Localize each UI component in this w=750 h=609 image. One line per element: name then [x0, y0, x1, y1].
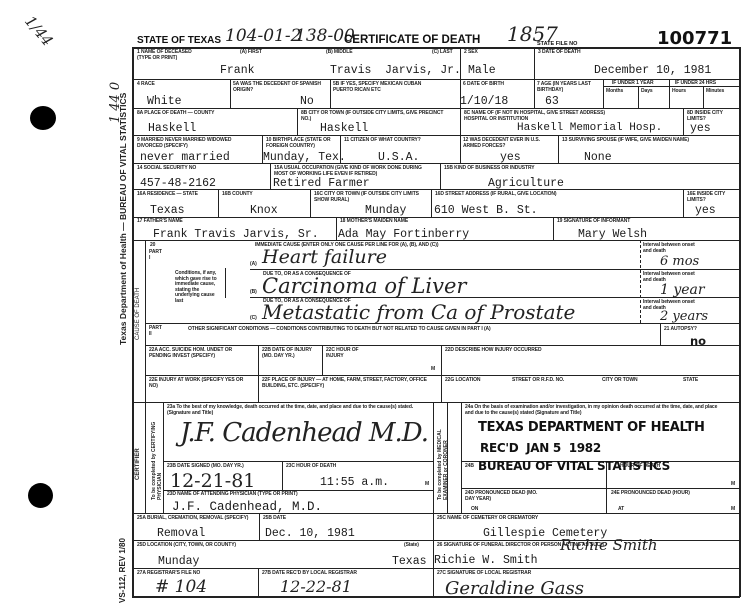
father-name-value: Frank Travis Jarvis, Sr.: [153, 228, 319, 241]
hour-of-death-value: 11:55 a.m.: [320, 476, 389, 489]
received-stamp-line-1: TEXAS DEPARTMENT OF HEALTH: [478, 420, 705, 435]
row-line: [132, 402, 740, 403]
label-9-marital: 9 MARRIED NEVER MARRIED WIDOWED DIVORCED…: [137, 138, 257, 149]
col-line: [270, 163, 271, 189]
cause-b-value: Carcinoma of Liver: [262, 274, 466, 298]
col-line: [638, 86, 639, 108]
label-22g-city: CITY OR TOWN: [602, 378, 638, 384]
label-23b-date-signed: 23b DATE SIGNED (Mo. Day Yr.): [167, 464, 244, 470]
pronounced-on: ON: [471, 507, 478, 513]
race-value: White: [147, 95, 182, 108]
label-5a-spanish-origin: 5a WAS THE DECEDENT OF SPANISH ORIGIN?: [233, 82, 325, 93]
funeral-director-value: Richie W. Smith: [434, 554, 538, 567]
informant-value: Mary Welsh: [578, 228, 647, 241]
label-7-age: 7 AGE (In years last birthday): [537, 82, 592, 93]
label-14-ssn: 14 SOCIAL SECURITY NO: [137, 166, 196, 172]
col-line: [660, 323, 661, 345]
spanish-origin-value: No: [300, 95, 314, 108]
label-3-date-of-death: 3 DATE OF DEATH: [538, 50, 580, 56]
margin-note-top-left: 1/44: [21, 12, 56, 49]
col-line: [460, 135, 461, 163]
label-22e-at-work: 22e INJURY AT WORK (Specify yes or no): [149, 378, 249, 389]
label-24d-pronounced-date: 24d PRONOUNCED DEAD (Mo. Day Year): [465, 491, 545, 502]
label-8b-city: 8b CITY OR TOWN (If outside city limits,…: [301, 111, 451, 122]
date-of-death-value: December 10, 1981: [594, 64, 711, 77]
row-line: [461, 488, 739, 489]
side-label-form-number: VS-112, REV 1/80: [118, 538, 127, 603]
hour-of-death-me-m: M: [731, 482, 735, 488]
pronounced-at: AT: [618, 507, 624, 513]
pronounced-m: M: [731, 507, 735, 513]
hospital-value: Haskell Memorial Hosp.: [517, 122, 662, 134]
deceased-middle-name: Travis: [330, 64, 371, 77]
cemetery-state-value: Texas: [392, 555, 427, 568]
death-county-value: Haskell: [148, 122, 196, 135]
birthplace-value: Munday, Tex.: [263, 151, 346, 164]
received-stamp-line-2: REC'D JAN 5 1982: [480, 441, 601, 455]
label-27a-registrar-file: 27a REGISTRAR'S FILE NO: [137, 571, 200, 577]
armed-forces-value: yes: [500, 151, 521, 164]
label-22d-describe: 22d DESCRIBE HOW INJURY OCCURRED: [445, 348, 542, 354]
label-hours: Hours: [672, 89, 686, 95]
label-25d-location: 25d LOCATION (City, town, or county): [137, 543, 236, 549]
label-6-date-of-birth: 6 DATE OF BIRTH: [463, 82, 504, 88]
col-line: [230, 79, 231, 108]
punch-hole-bottom: [28, 483, 53, 508]
interval-b-value: 1 year: [660, 282, 705, 298]
col-line: [431, 189, 432, 217]
side-label-certifying-physician: To be completed by CERTIFYING PHYSICIAN: [151, 410, 163, 500]
date-signed-value: 12-21-81: [170, 470, 255, 492]
col-line: [461, 402, 462, 513]
label-22g-location: 22g LOCATION: [445, 378, 480, 384]
date-of-birth-value: 1/10/18: [460, 95, 508, 108]
certificate-number: 100771: [657, 28, 732, 49]
label-25d-state: (State): [404, 543, 419, 549]
disposition-date-value: Dec. 10, 1981: [265, 527, 355, 540]
conditions-bracket: [225, 268, 226, 298]
col-line: [558, 135, 559, 163]
label-15b-industry: 15b KIND OF BUSINESS OR INDUSTRY: [444, 166, 535, 172]
row-line: [145, 375, 739, 376]
punch-hole-top: [30, 106, 56, 130]
label-27b-date-received: 27b DATE REC'D BY LOCAL REGISTRAR: [262, 571, 357, 577]
label-8d-inside-city: 8d INSIDE CITY LIMITS?: [687, 111, 737, 122]
autopsy-value: no: [690, 334, 706, 348]
cause-b-letter: (b): [250, 290, 257, 296]
label-12-armed-forces: 12 WAS DECEDENT EVER IN U.S. ARMED FORCE…: [463, 138, 558, 149]
label-27c-registrar-signature: 27c SIGNATURE OF LOCAL REGISTRAR: [437, 571, 531, 577]
col-line: [259, 513, 260, 540]
label-22f-place: 22f PLACE OF INJURY — At home, farm, str…: [262, 378, 437, 389]
cause-c-letter: (c): [250, 316, 257, 322]
row-line: [132, 189, 740, 190]
disposition-value: Removal: [157, 527, 205, 540]
col-line: [258, 568, 259, 596]
col-line: [163, 402, 164, 513]
conditions-note: Conditions, if any, which gave rise to i…: [175, 271, 221, 304]
label-25c-cemetery: 25c NAME OF CEMETERY OR CREMATORY: [437, 516, 538, 522]
cause-a-value: Heart failure: [262, 246, 387, 268]
citizen-value: U.S.A.: [378, 151, 419, 164]
certificate-title: CERTIFICATE OF DEATH: [344, 34, 480, 46]
header-handwritten-code-1: 104-01-2: [225, 26, 301, 46]
label-4-race: 4 RACE: [137, 82, 155, 88]
occupation-value: Retired Farmer: [273, 177, 370, 190]
col-line: [336, 217, 337, 240]
col-line: [145, 240, 146, 402]
residence-city-value: Munday: [365, 204, 406, 217]
col-line: [282, 461, 283, 490]
hour-injury-m: M: [431, 367, 435, 373]
cause-a-letter: (a): [250, 262, 257, 268]
label-10-birthplace: 10 BIRTHPLACE (State or foreign country): [266, 138, 338, 149]
header-state-label: STATE OF TEXAS: [137, 35, 221, 46]
col-line: [322, 345, 323, 375]
interval-c-value: 2 years: [660, 309, 708, 324]
side-label-cause-of-death: CAUSE OF DEATH: [135, 288, 141, 340]
received-stamp-line-3: BUREAU OF VITAL STATISTICS: [478, 459, 670, 473]
sex-value: Male: [468, 64, 496, 77]
label-24a-me-certification: 24a On the basis of examination and/or i…: [465, 405, 725, 416]
row-line: [132, 108, 740, 109]
col-line: [441, 345, 442, 402]
label-25b-date: 25b DATE: [263, 516, 286, 522]
registrar-signature: Geraldine Gass: [445, 578, 584, 599]
residence-street-value: 610 West B. St.: [434, 204, 538, 217]
label-22g-state: STATE: [683, 378, 698, 384]
label-24b: 24b: [465, 464, 474, 470]
label-16c-city: 16c CITY OR TOWN (If outside city limits…: [314, 192, 429, 203]
deceased-last-name: Jarvis, Jr.: [385, 64, 461, 77]
col-line: [218, 189, 219, 217]
ssn-value: 457-48-2162: [140, 177, 216, 190]
label-minutes: Minutes: [706, 89, 724, 95]
col-line: [683, 108, 684, 135]
col-line: [258, 375, 259, 402]
mother-name-value: Ada May Fortinberry: [338, 228, 469, 241]
label-1c-last: (c) Last: [432, 50, 453, 56]
label-15a-occupation: 15a USUAL OCCUPATION (Give kind of work …: [274, 166, 434, 177]
side-label-certifier: CERTIFIER: [135, 448, 141, 480]
cause-c-value: Metastatic from Ca of Prostate: [262, 300, 575, 324]
label-16e-inside-city: 16e INSIDE CITY LIMITS?: [687, 192, 737, 203]
col-line: [330, 79, 331, 108]
col-line: [447, 402, 448, 513]
label-part-2: PART II: [149, 326, 161, 337]
col-line: [460, 108, 461, 135]
col-line: [433, 402, 434, 513]
age-value: 63: [545, 95, 559, 108]
label-5b-specify: 5b IF YES, SPECIFY MEXICAN CUBAN PUERTO …: [333, 82, 438, 93]
label-16b-county: 16b COUNTY: [222, 192, 253, 198]
label-part-1: PART I: [149, 250, 161, 261]
label-under-1-year: IF UNDER 1 YEAR: [612, 81, 653, 87]
residence-inside-city-value: yes: [695, 204, 716, 217]
frame-bottom: [132, 596, 740, 598]
interval-divider: [640, 240, 641, 323]
row-line: [132, 217, 740, 218]
label-21-autopsy: 21 AUTOPSY?: [664, 327, 697, 333]
col-line: [534, 47, 535, 79]
label-23d-physician-name: 23d NAME OF ATTENDING PHYSICIAN (Type or…: [167, 492, 298, 498]
marital-status-value: never married: [140, 151, 230, 164]
residence-county-value: Knox: [250, 204, 278, 217]
row-line: [132, 135, 740, 136]
col-line: [553, 217, 554, 240]
label-22g-street: STREET OR R.F.D. NO.: [512, 378, 564, 384]
label-1b-middle: (b) Middle: [326, 50, 353, 56]
label-days: Days: [641, 89, 653, 95]
frame-left: [132, 47, 134, 597]
label-16d-street: 16d STREET ADDRESS (If rural, give locat…: [435, 192, 556, 198]
label-16a-state: 16a RESIDENCE — STATE: [137, 192, 198, 198]
row-line: [163, 461, 433, 462]
label-22b-date-injury: 22b DATE OF INJURY (Mo. Day Yr.): [262, 348, 320, 359]
col-line: [603, 79, 604, 108]
label-19-informant: 19 SIGNATURE OF INFORMANT: [557, 219, 630, 225]
inside-city-value: yes: [690, 122, 711, 135]
label-months: Months: [606, 89, 623, 95]
col-line: [534, 79, 535, 108]
label-24e-pronounced-hour: 24e PRONOUNCED DEAD (Hour): [611, 491, 690, 497]
label-23c-hour-of-death: 23c HOUR OF DEATH: [286, 464, 336, 470]
label-1-name: 1 NAME OF DECEASED (Type or print): [137, 50, 192, 61]
spouse-value: None: [584, 151, 612, 164]
col-line: [669, 79, 670, 108]
physician-signature: J.F. Cadenhead M.D.: [180, 418, 428, 448]
col-line: [310, 189, 311, 217]
col-line: [703, 86, 704, 108]
label-1a-first: (a) First: [240, 50, 262, 56]
label-22c-hour-injury: 22c HOUR OF INJURY: [326, 348, 366, 359]
label-11-citizen: 11 CITIZEN OF WHAT COUNTRY?: [344, 138, 424, 144]
cemetery-location-value: Munday: [158, 555, 199, 568]
label-8c-hospital: 8c NAME OF (If not in hospital, give str…: [464, 111, 614, 122]
col-line: [297, 108, 298, 135]
interval-a-value: 6 mos: [660, 254, 699, 269]
col-line: [683, 189, 684, 217]
physician-name-value: J.F. Cadenhead, M.D.: [172, 500, 322, 514]
col-line: [145, 402, 146, 513]
label-23a-certification: 23a To the best of my knowledge, death o…: [167, 405, 427, 416]
industry-value: Agriculture: [488, 177, 564, 190]
label-2-sex: 2 SEX: [464, 50, 478, 56]
funeral-director-signature: Richie Smith: [560, 536, 658, 554]
registrar-file-value: # 104: [155, 577, 207, 597]
residence-state-value: Texas: [150, 204, 185, 217]
death-city-value: Haskell: [320, 122, 368, 135]
label-18-mother: 18 MOTHER'S MAIDEN NAME: [340, 219, 408, 225]
label-25a-disposition: 25a BURIAL, CREMATION, REMOVAL (Specify): [137, 516, 248, 522]
frame-right: [739, 47, 741, 597]
label-8a-county: 8a PLACE OF DEATH — COUNTY: [137, 111, 214, 117]
cause-line-a: [250, 269, 739, 270]
hour-of-death-m: M: [425, 482, 429, 488]
label-22a-manner: 22a ACC. SUICIDE HOM. UNDET OR PENDING I…: [149, 348, 254, 359]
col-line: [440, 163, 441, 189]
label-13-spouse: 13 SURVIVING SPOUSE (If wife, give maide…: [562, 138, 732, 144]
label-other-conditions: OTHER SIGNIFICANT CONDITIONS — CONDITION…: [188, 327, 491, 333]
label-20-number: 20: [150, 243, 155, 249]
col-line: [258, 345, 259, 375]
label-17-father: 17 FATHER'S NAME: [137, 219, 183, 225]
side-label-bureau: Texas Department of Health — BUREAU OF V…: [118, 93, 128, 345]
row-line: [145, 345, 739, 346]
row-line: [132, 568, 740, 569]
label-under-24-hrs: IF UNDER 24 HRS: [675, 81, 716, 87]
interval-label-a: Interval between onset and death: [643, 243, 703, 254]
deceased-first-name: Frank: [220, 64, 255, 77]
date-received-value: 12-22-81: [280, 577, 352, 596]
